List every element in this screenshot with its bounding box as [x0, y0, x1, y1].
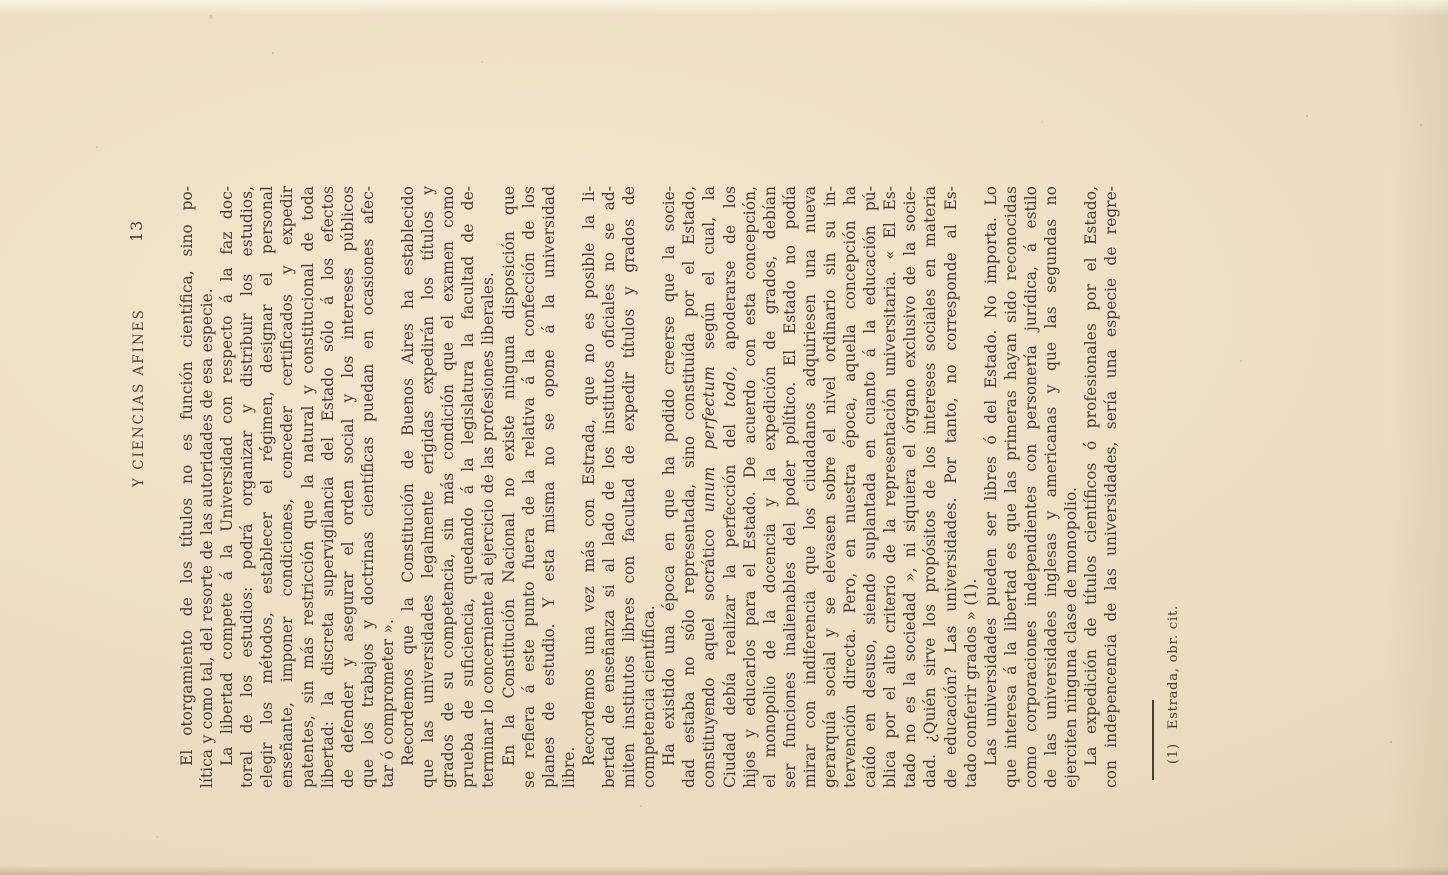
text-line: Ciudad debía realizar la perfección del … — [720, 186, 740, 788]
text-line: ser funciones inalienables del poder pol… — [780, 186, 800, 788]
text-line: dad. ¿Quién sirve los propósitos de los … — [920, 186, 940, 788]
body-text: El otorgamiento de los títulos no es fun… — [177, 186, 1121, 788]
text-line: de las universidades inglesas y american… — [1041, 186, 1061, 788]
text-line: tado no es la sociedad », ni siquiera el… — [900, 186, 920, 788]
footnote-text: Estrada, obr. cit. — [1166, 605, 1181, 729]
paragraph: En la Constitución Nacional no existe ni… — [499, 186, 579, 788]
text-line: constituyendo aquel socrático unum perfe… — [699, 186, 719, 788]
text-line: Ha existido una época en que ha podido c… — [659, 186, 679, 788]
footnote-marker: (1) — [1166, 743, 1181, 764]
page-number: 13 — [127, 220, 146, 242]
text-line: se refiera á este punto fuera de la rela… — [519, 186, 539, 788]
page-content: Y CIENCIAS AFINES 13 El otorgamiento de … — [0, 0, 1448, 875]
text-line: prueba de suficiencia, quedando á la leg… — [458, 186, 478, 788]
text-line: hijos y educarlos para el Estado. De acu… — [740, 186, 760, 788]
paragraph: El otorgamiento de los títulos no es fun… — [177, 186, 217, 788]
text-line: lítica y como tal, del resorte de las au… — [197, 186, 217, 788]
text-line: gerarquía social y se elevasen sobre el … — [820, 186, 840, 788]
text-line: libre. — [559, 186, 579, 788]
text-line: mirar con indiferencia que los ciudadano… — [800, 186, 820, 788]
paragraph: Ha existido una época en que ha podido c… — [659, 186, 981, 788]
text-line: Recordemos una vez más con Estrada, que … — [579, 186, 599, 788]
text-segment: Ciudad debía realizar la perfección del — [721, 407, 739, 788]
text-line: tado conferir grados » (1). — [961, 186, 981, 788]
paragraph: Recordemos que la Constitución de Buenos… — [398, 186, 498, 788]
text-line: de defender y asegurar el orden social y… — [338, 186, 358, 788]
text-line: toral de los estudios: podrá organizar y… — [237, 186, 257, 788]
text-line: enseñante, imponer condiciones, conceder… — [277, 186, 297, 788]
text-line: dad estaba no sólo representada, sino co… — [679, 186, 699, 788]
text-line: La expedición de títulos científicos ó p… — [1081, 186, 1101, 788]
text-line: de educación? Las universidades. Por tan… — [941, 186, 961, 788]
text-line: terminar lo concerniente al ejercicio de… — [478, 186, 498, 788]
text-line: bertad de enseñanza si al lado de los in… — [599, 186, 619, 788]
text-line: que los trabajos y doctrinas científicas… — [358, 186, 378, 788]
text-line: tar ó comprometer ». — [378, 186, 398, 788]
text-line: libertad: la discreta supervigilancia de… — [318, 186, 338, 788]
text-line: Las universidades pueden ser libres ó de… — [981, 186, 1001, 788]
text-line: planes de estudio. Y esta misma no se op… — [539, 186, 559, 788]
paragraph: Recordemos una vez más con Estrada, que … — [579, 186, 659, 788]
text-line: La libertad compete á la Universidad con… — [217, 186, 237, 788]
text-line: patentes, sin más restricción que la nat… — [298, 186, 318, 788]
text-line: tervención directa. Pero, en nuestra épo… — [840, 186, 860, 788]
italic-text: unum perfectum — [700, 366, 718, 513]
text-line: grados de su competencia, sin más condic… — [438, 186, 458, 788]
paragraph: Las universidades pueden ser libres ó de… — [981, 186, 1081, 788]
text-segment: constituyendo aquel socrático — [700, 512, 718, 788]
text-line: En la Constitución Nacional no existe ni… — [499, 186, 519, 788]
text-line: competencia científica. — [639, 186, 659, 788]
running-title: Y CIENCIAS AFINES — [131, 308, 147, 487]
text-line: con indepencencia de las universidades, … — [1101, 186, 1121, 788]
text-line: el monopolio de la docencia y la expedic… — [760, 186, 780, 788]
paragraph: La libertad compete á la Universidad con… — [217, 186, 398, 788]
footnote: (1)Estrada, obr. cit. — [1166, 605, 1181, 764]
text-line: miten institutos libres con facultad de … — [619, 186, 639, 788]
italic-text: todo, — [721, 366, 739, 407]
scanned-book-page: Y CIENCIAS AFINES 13 El otorgamiento de … — [0, 0, 1448, 875]
paragraph: La expedición de títulos científicos ó p… — [1081, 186, 1121, 788]
text-line: que interesa á la libertad es que las pr… — [1001, 186, 1021, 788]
text-line: como corporaciones independientes con pe… — [1021, 186, 1041, 788]
text-segment: según el cual, la — [700, 186, 718, 366]
text-segment: apoderarse de los — [721, 186, 739, 366]
text-line: caído en desuso, siendo suplantada en cu… — [860, 186, 880, 788]
text-line: ejerciten ninguna clase de monopolio. — [1061, 186, 1081, 788]
text-line: El otorgamiento de los títulos no es fun… — [177, 186, 197, 788]
text-line: Recordemos que la Constitución de Buenos… — [398, 186, 418, 788]
text-line: blica por el alto criterio de la represe… — [880, 186, 900, 788]
footnote-rule — [1152, 700, 1154, 780]
text-line: elegir los métodos, establecer el régime… — [257, 186, 277, 788]
text-line: que las universidades legalmente erigida… — [418, 186, 438, 788]
